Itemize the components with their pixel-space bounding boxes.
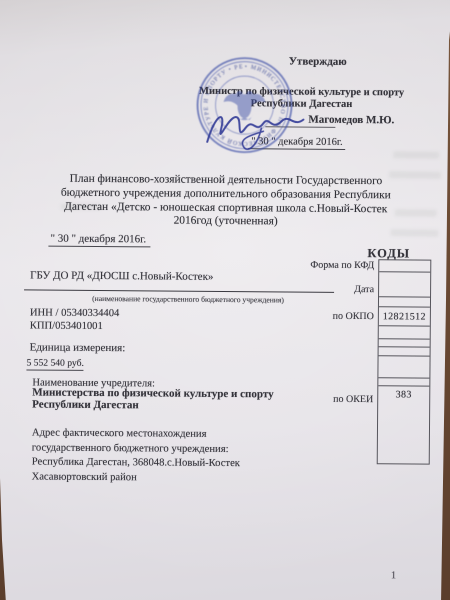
name-underline bbox=[24, 289, 334, 292]
approve-word: Утверждаю bbox=[289, 55, 347, 67]
codes-table: 12821512 383 bbox=[377, 259, 432, 464]
document-photo: Утверждаю Министр по физической культуре… bbox=[0, 0, 450, 600]
address-line2: Хасавюртовский район bbox=[32, 470, 332, 487]
document-date: " 30 " декабря 2016г. bbox=[48, 233, 150, 248]
codes-cell-date bbox=[379, 272, 430, 297]
unit-value: 5 552 540 руб. bbox=[26, 357, 84, 370]
address-block: Адрес фактического местонахождения госуд… bbox=[32, 426, 332, 487]
page-content: Утверждаю Министр по физической культуре… bbox=[0, 0, 450, 600]
institution-name: ГБУ ДО РД «ДЮСШ с.Новый-Костек» bbox=[30, 269, 213, 282]
codes-cell-okei: 383 bbox=[378, 386, 430, 463]
title-line-4: 2016год (уточненная) bbox=[41, 214, 411, 231]
codes-cell-okpo: 12821512 bbox=[379, 307, 430, 326]
codes-cell-form bbox=[379, 260, 430, 272]
handwritten-signature bbox=[203, 104, 335, 157]
codes-label-okpo: по ОКПО bbox=[304, 311, 374, 323]
bleedthrough-mark bbox=[393, 151, 439, 158]
codes-cell bbox=[379, 326, 430, 339]
name-caption: (наименование государственного бюджетног… bbox=[40, 294, 336, 305]
page-number: 1 bbox=[391, 570, 396, 581]
inn-value: ИНН / 05340334404 bbox=[30, 307, 120, 319]
codes-cell bbox=[379, 347, 430, 356]
founder-name-line2: Республики Дагестан bbox=[32, 399, 332, 413]
codes-label-date: Дата bbox=[314, 284, 374, 295]
unit-label: Единица измерения: bbox=[30, 341, 126, 354]
paper-sheet: Утверждаю Министр по физической культуре… bbox=[0, 0, 450, 600]
codes-cell bbox=[378, 356, 429, 378]
codes-cell bbox=[379, 297, 430, 307]
founder-name: Министерства по физической культуре и сп… bbox=[32, 387, 332, 413]
kpp-value: КПП/053401001 bbox=[30, 320, 103, 332]
document-title: План финансово-хозяйственной деятельност… bbox=[41, 173, 411, 231]
codes-label-form: Форма по КФД bbox=[284, 259, 374, 271]
